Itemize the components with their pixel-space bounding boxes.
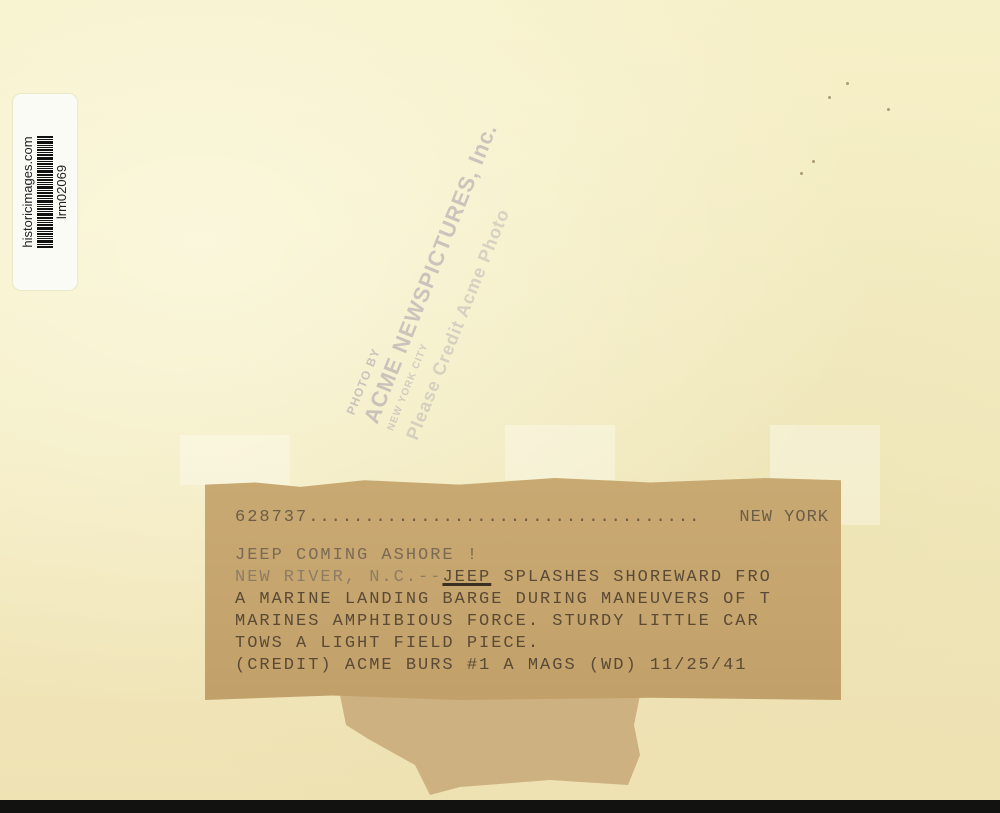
speck — [887, 108, 890, 111]
speck — [828, 96, 831, 99]
caption-credit: (CREDIT) ACME BURS #1 A MAGS (WD) 11/25/… — [235, 656, 747, 676]
caption-text: SPLASHES SHOREWARD FRO — [491, 568, 772, 587]
glue-stain — [340, 695, 640, 795]
scan-border — [0, 800, 1000, 813]
caption-dateline: NEW RIVER, N.C.-- — [235, 568, 442, 587]
caption-number: 628737 — [235, 508, 308, 527]
barcode-sticker: historicimages.com lrm02069 — [13, 94, 77, 290]
sticker-site-text: historicimages.com — [21, 136, 35, 247]
tape-mark — [505, 425, 615, 480]
caption-jeep: JEEP — [442, 568, 491, 587]
caption-dots: ................................... — [308, 508, 700, 527]
caption-slip: 628737..................................… — [205, 478, 841, 700]
caption-line: MARINES AMPHIBIOUS FORCE. STURDY LITTLE … — [235, 612, 760, 632]
stamp-line: ACME NEWSPICTURES, Inc. — [360, 120, 501, 426]
caption-header: 628737..................................… — [235, 508, 700, 528]
tape-mark — [180, 435, 290, 485]
stamp-line: Please Credit Acme Photo — [401, 137, 542, 443]
barcode-icon — [37, 136, 53, 249]
caption-headline: JEEP COMING ASHORE ! — [235, 546, 479, 566]
caption-line: TOWS A LIGHT FIELD PIECE. — [235, 634, 540, 654]
stamp-line: PHOTO BY — [340, 112, 481, 418]
caption-line: A MARINE LANDING BARGE DURING MANEUVERS … — [235, 590, 772, 610]
speck — [846, 82, 849, 85]
speck — [800, 172, 803, 175]
caption-line: NEW RIVER, N.C.--JEEP SPLASHES SHOREWARD… — [235, 568, 772, 588]
stamp-line: NEW YORK CITY — [381, 129, 522, 435]
caption-city: NEW YORK — [739, 508, 829, 527]
photo-back: historicimages.com lrm02069 PHOTO BY ACM… — [0, 0, 1000, 800]
speck — [812, 160, 815, 163]
sticker-id-text: lrm02069 — [55, 165, 69, 219]
